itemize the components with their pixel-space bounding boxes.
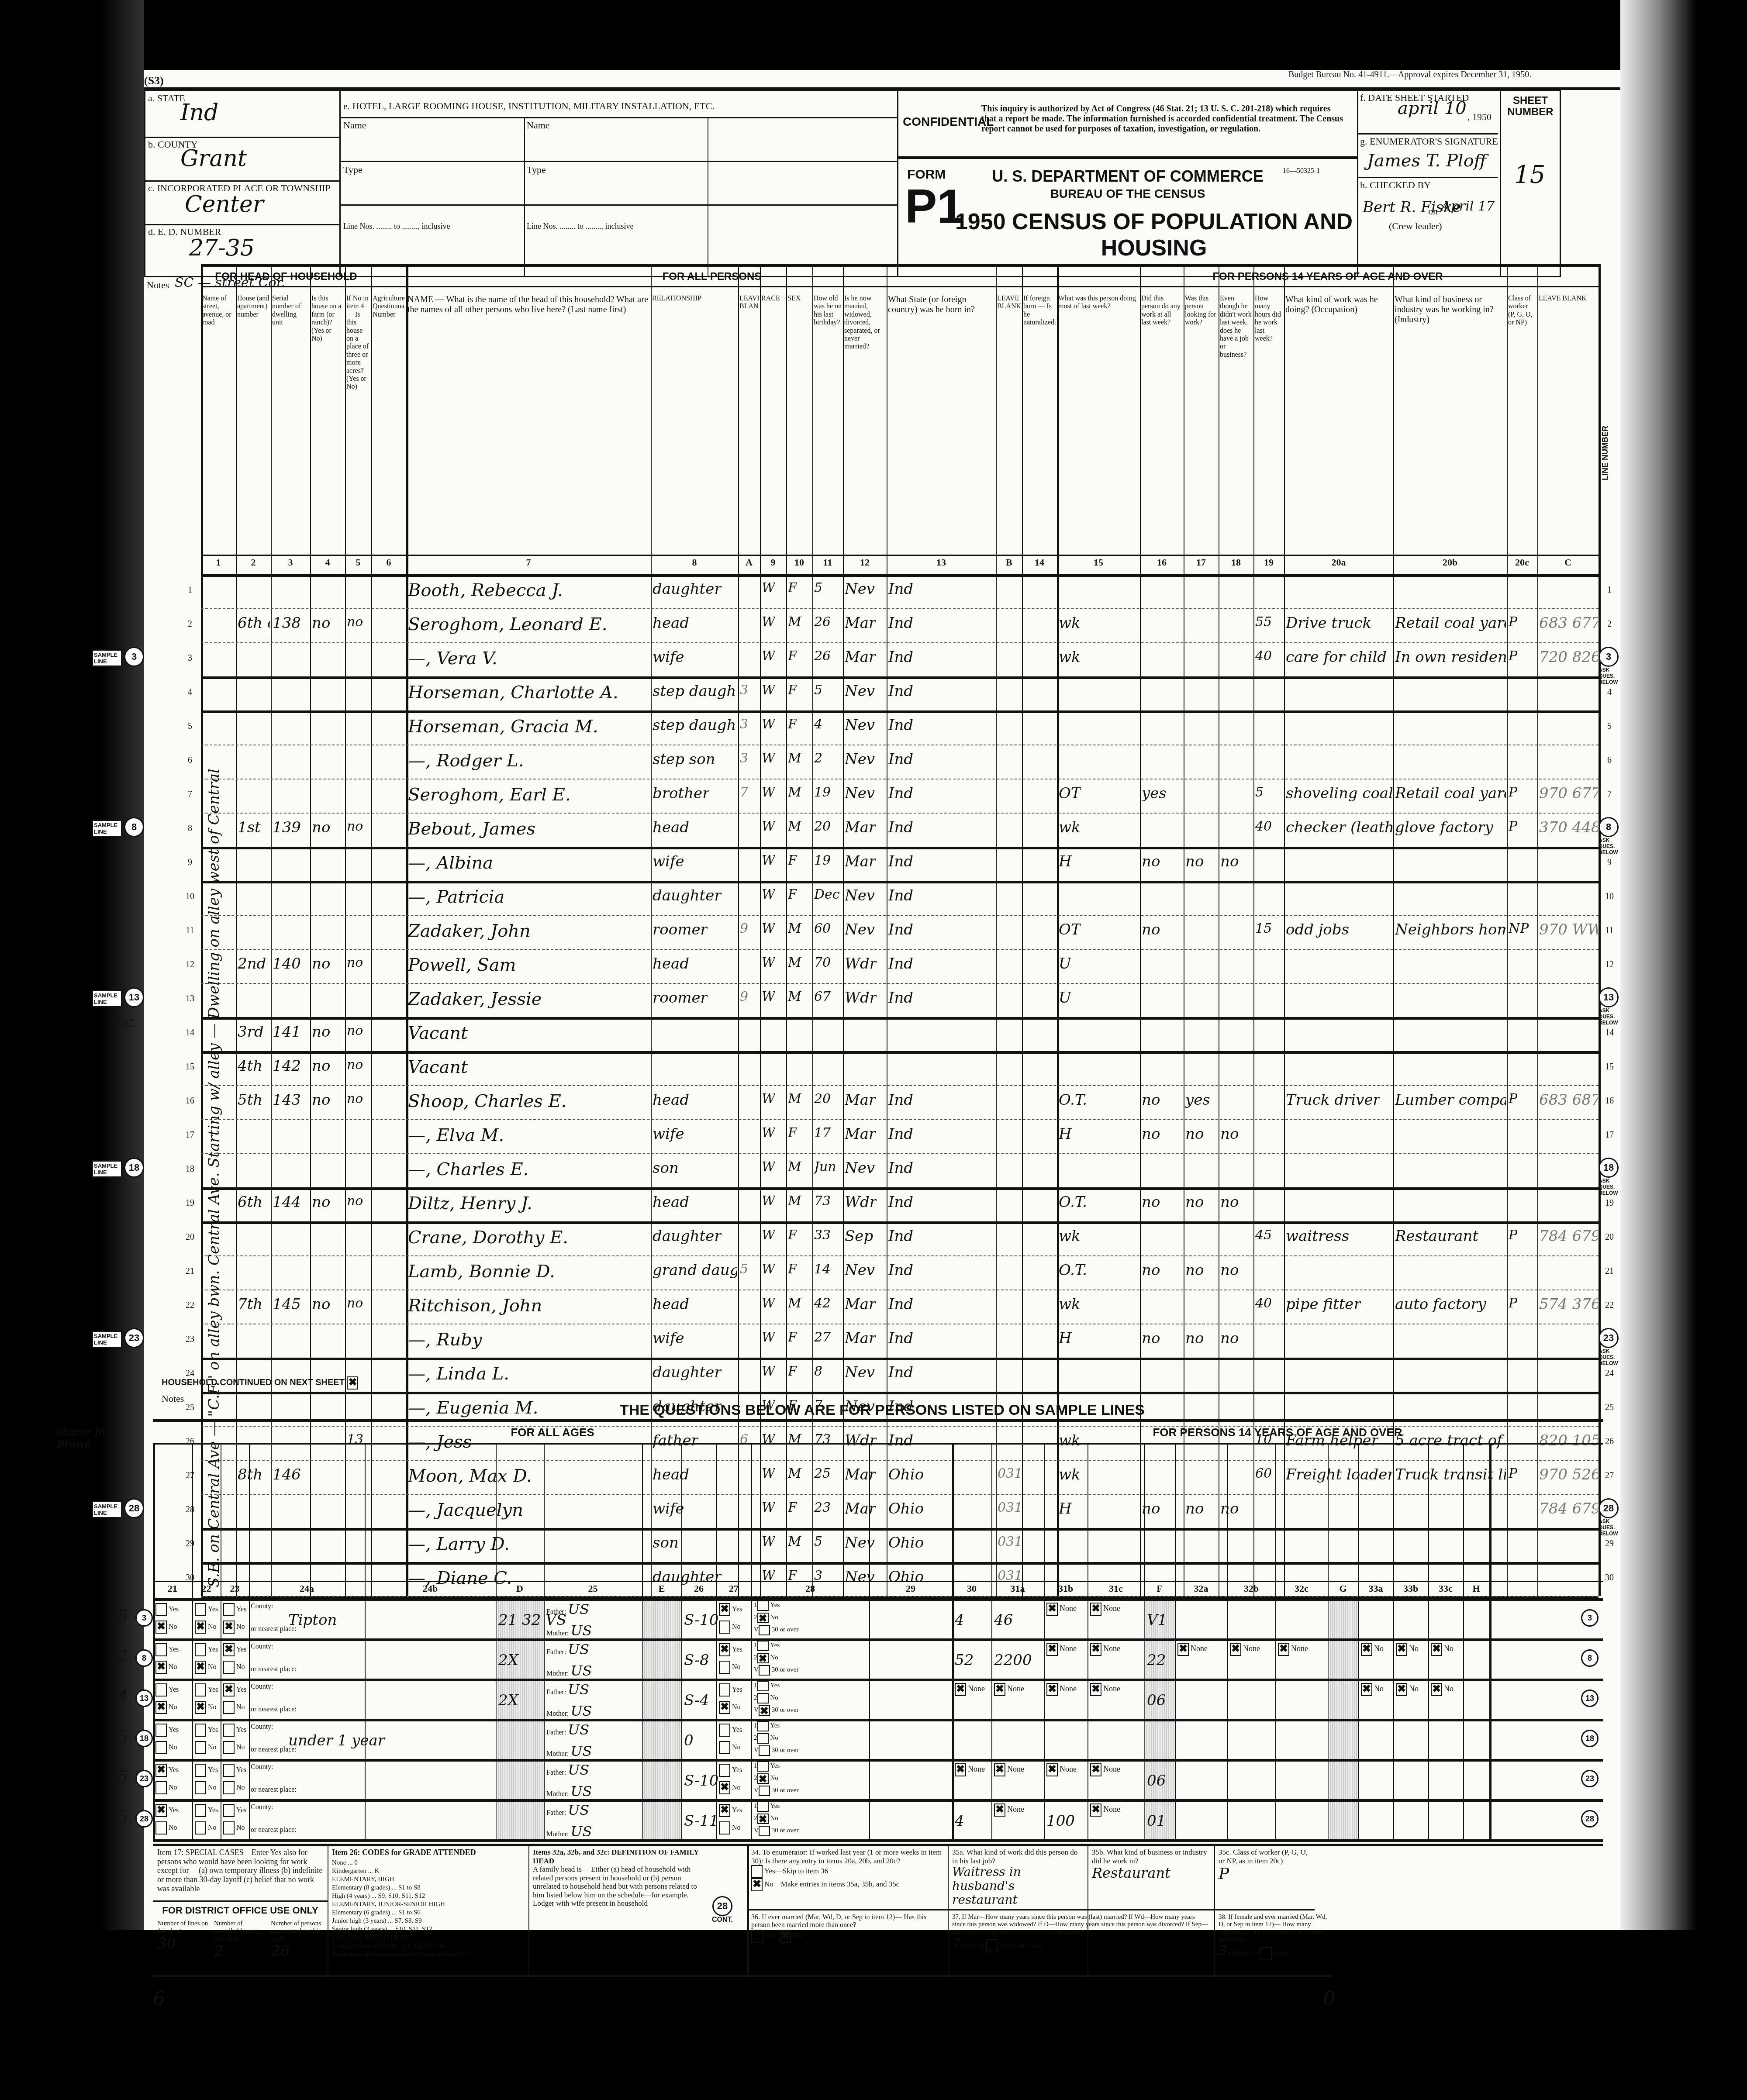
cell-serial: 142 xyxy=(273,1057,301,1075)
line-number-header: LINE NUMBER xyxy=(1601,426,1610,480)
column-number-5: 5 xyxy=(345,557,371,568)
line-number: 5 xyxy=(181,721,199,731)
cell-acres: no xyxy=(347,1023,363,1038)
crew-leader-label: (Crew leader) xyxy=(1389,221,1442,231)
sample-cell-grade: S-11 xyxy=(684,1812,718,1830)
cell-rel: daughter xyxy=(653,1228,722,1245)
table-row xyxy=(144,745,1620,779)
table-row xyxy=(144,1358,1620,1392)
checkbox-q23[interactable]: ✖YesNo xyxy=(223,1681,246,1716)
column-number-4: 4 xyxy=(310,557,345,568)
line-number: 15 xyxy=(181,1062,199,1072)
column-number-10: 10 xyxy=(786,557,812,568)
cell-race: W xyxy=(762,853,775,868)
checkbox-q21[interactable]: ✖YesNo xyxy=(155,1762,179,1797)
cell-name: —, Linda L. xyxy=(408,1364,509,1384)
confidential-text: This inquiry is authorized by Act of Con… xyxy=(981,104,1344,134)
line-number: 4 xyxy=(181,687,199,697)
cell-name: —, Patricia xyxy=(408,887,504,907)
cell-name: —, Albina xyxy=(408,853,493,873)
cell-age: 17 xyxy=(814,1125,831,1141)
cell-marital: Mar xyxy=(845,648,876,666)
line-number: 1 xyxy=(181,585,199,595)
cell-occupation: odd jobs xyxy=(1286,921,1349,938)
checkbox-attended-school[interactable]: 1Yes2NoV✖30 or over xyxy=(754,1679,799,1716)
checkbox-q22[interactable]: Yes✖No xyxy=(195,1601,218,1636)
line-number: 3 xyxy=(181,653,199,663)
cell-age: 20 xyxy=(814,1091,831,1107)
line-number: 2 xyxy=(181,619,199,629)
sample-cell-county: Tipton xyxy=(288,1611,337,1629)
cell-activity: H xyxy=(1059,853,1072,870)
checked-label: h. CHECKED BY xyxy=(1360,179,1431,190)
column-number-19: 19 xyxy=(1253,557,1284,568)
sample-cell-rel_other: ✖None xyxy=(1278,1643,1308,1656)
cell-name: Crane, Dorothy E. xyxy=(408,1228,568,1248)
line-number-right: 9 xyxy=(1601,858,1618,868)
cell-code: 720 826 1 xyxy=(1539,648,1598,666)
cell-rel: head xyxy=(653,1091,689,1109)
date-value: april 10 xyxy=(1398,98,1467,118)
cell-marital: Nev xyxy=(845,921,875,938)
cell-occupation: pipe fitter xyxy=(1286,1296,1361,1313)
sample-column-number-H: H xyxy=(1463,1583,1489,1594)
sheet-label: SHEET NUMBER xyxy=(1501,95,1560,118)
checkbox-q21[interactable]: YesNo xyxy=(155,1721,179,1756)
line-number-right: 14 xyxy=(1601,1028,1618,1038)
sample-cell-own_business: ✖None xyxy=(1046,1603,1077,1616)
cell-farm: no xyxy=(312,1091,330,1109)
line-number-right: 20 xyxy=(1601,1232,1618,1242)
line-number-right: 17 xyxy=(1601,1130,1618,1140)
cell-race: W xyxy=(762,1193,775,1209)
checkbox-q21[interactable]: ✖YesNo xyxy=(155,1802,179,1837)
cell-sex: F xyxy=(788,717,797,732)
sample-cell-wages: ✖None xyxy=(994,1803,1024,1817)
cell-house: 2nd xyxy=(238,955,266,972)
sample-cell-own_business: ✖None xyxy=(1046,1763,1077,1776)
cell-age: 42 xyxy=(814,1296,831,1311)
sample-cell-weeks_worked: ✖None xyxy=(955,1683,985,1696)
line-number-right: 12 xyxy=(1601,960,1618,970)
cell-activity: H xyxy=(1059,1330,1072,1347)
cell-age: 19 xyxy=(814,785,831,800)
cell-sex: F xyxy=(788,683,797,698)
checkbox-attended-school[interactable]: 1Yes2✖NoV30 or over xyxy=(754,1800,799,1837)
cell-birthplace: Ind xyxy=(888,1228,913,1245)
sample-section-title: THE QUESTIONS BELOW ARE FOR PERSONS LIST… xyxy=(144,1402,1620,1419)
column-header-8: RELATIONSHIP xyxy=(652,295,737,544)
checkbox-q23[interactable]: YesNo xyxy=(223,1762,246,1797)
cell-rel: wife xyxy=(653,853,684,870)
sample-cell-rel_wages: ✖None xyxy=(1177,1643,1208,1656)
cell-birthplace: Ind xyxy=(888,819,913,836)
sample-cell-weeks_worked: 4 xyxy=(955,1611,964,1629)
sheet-value: 15 xyxy=(1514,161,1545,189)
column-header-7: NAME — What is the name of the head of t… xyxy=(407,295,649,544)
cell-house: 6th on left xyxy=(238,614,270,632)
sample-line-number-right: 23 xyxy=(1581,1770,1599,1787)
cell-class: P xyxy=(1509,819,1517,834)
cell-name: —, Ruby xyxy=(408,1330,482,1350)
sample-cell-other_service: ✖No xyxy=(1431,1683,1454,1696)
cell-birthplace: Ind xyxy=(888,955,913,972)
cell-birthplace: Ind xyxy=(888,1364,913,1381)
cell-birthplace: Ind xyxy=(888,1296,913,1313)
sample-column-number-G: G xyxy=(1328,1583,1358,1594)
sample-row xyxy=(144,1799,1620,1839)
checkbox-q23[interactable]: ✖YesNo xyxy=(223,1641,246,1676)
cell-serial: 141 xyxy=(273,1023,301,1041)
household-continued-checkbox[interactable]: ✖ xyxy=(347,1376,358,1390)
cell-age: 26 xyxy=(814,648,831,664)
column-header-B: LEAVE BLANK xyxy=(997,295,1021,544)
cell-birthplace: Ind xyxy=(888,683,913,700)
checkbox-attended-school[interactable]: 1Yes2✖NoV30 or over xyxy=(754,1599,799,1636)
sample-column-number-32a: 32a xyxy=(1175,1583,1227,1594)
cell-age: 60 xyxy=(814,921,831,936)
cell-marital: Nev xyxy=(845,785,875,802)
item17-special-cases: Item 17: SPECIAL CASES—Enter Yes also fo… xyxy=(157,1848,323,1893)
cell-race: W xyxy=(762,751,775,766)
line-number: 14 xyxy=(181,1028,199,1038)
cell-a: 3 xyxy=(740,717,748,732)
cell-looking: no xyxy=(1185,853,1204,870)
line-number-right: 19 xyxy=(1601,1198,1618,1208)
checkbox-q22[interactable]: YesNo xyxy=(195,1802,218,1837)
section-all-persons: FOR ALL PERSONS xyxy=(406,271,1018,283)
checkbox-finished-grade[interactable]: YesNo xyxy=(719,1721,742,1756)
column-number-1: 1 xyxy=(201,557,236,568)
cell-name: Horseman, Gracia M. xyxy=(408,717,598,737)
column-header-4: Is this house on a farm (or ranch)? (Yes… xyxy=(311,295,344,544)
checkbox-attended-school[interactable]: 1Yes2✖NoV30 or over xyxy=(754,1639,799,1676)
table-row xyxy=(144,1153,1620,1187)
column-number-15: 15 xyxy=(1057,557,1140,568)
cell-work: no xyxy=(1142,1091,1160,1109)
checkbox-attended-school[interactable]: 1Yes2NoV30 or over xyxy=(754,1720,799,1756)
cell-hours: 55 xyxy=(1255,614,1272,630)
line-number: 8 xyxy=(181,824,199,834)
cell-occupation: shoveling coal xyxy=(1286,785,1392,802)
cell-sex: F xyxy=(788,887,797,902)
cell-marital: Nev xyxy=(845,751,875,768)
cell-looking: no xyxy=(1185,1125,1204,1143)
sample-line-number: 23 xyxy=(135,1770,153,1787)
cell-a: 9 xyxy=(740,989,748,1004)
sample-cell-f: V1 xyxy=(1147,1611,1167,1629)
cell-age: 27 xyxy=(814,1330,831,1345)
cell-serial: 145 xyxy=(273,1296,301,1313)
cell-industry: auto factory xyxy=(1395,1296,1486,1313)
column-header-20b: What kind of business or industry was he… xyxy=(1395,295,1505,544)
cell-age: 5 xyxy=(814,683,822,698)
cell-birthplace: Ind xyxy=(888,1330,913,1347)
cell-age: 26 xyxy=(814,614,831,630)
cell-rel: daughter xyxy=(653,580,722,598)
household-continued-text: HOUSEHOLD CONTINUED ON NEXT SHEET xyxy=(162,1378,345,1387)
cell-sex: F xyxy=(788,1228,797,1243)
checkbox-q22[interactable]: YesNo xyxy=(195,1721,218,1756)
cell-work: no xyxy=(1142,1262,1160,1279)
cell-marital: Nev xyxy=(845,580,875,598)
cell-race: W xyxy=(762,717,775,732)
column-number-9: 9 xyxy=(760,557,786,568)
sample-column-number-33b: 33b xyxy=(1393,1583,1428,1594)
item26-title: Item 26: CODES for GRADE ATTENDED xyxy=(332,1848,476,1857)
cell-sex: M xyxy=(788,785,801,800)
column-header-18: Even though he didn't work last week, do… xyxy=(1220,295,1252,544)
sample-cell-other_income: ✖None xyxy=(1090,1683,1120,1696)
family-head-definition: Items 32a, 32b, and 32c: DEFINITION OF F… xyxy=(533,1848,708,1908)
column-header-A: LEAVE BLANK xyxy=(739,295,759,544)
cell-sex: M xyxy=(788,1159,801,1175)
checkbox-q22[interactable]: Yes✖No xyxy=(195,1681,218,1716)
sample-line-marker: SAMPLE LINE 28 xyxy=(92,1498,144,1518)
cell-industry: glove factory xyxy=(1395,819,1493,836)
cell-name: Vacant xyxy=(408,1023,468,1043)
cell-race: W xyxy=(762,989,775,1004)
sample-line-number-right: 3 xyxy=(1581,1609,1599,1627)
column-number-14: 14 xyxy=(1022,557,1057,568)
sample-column-number-32c: 32c xyxy=(1275,1583,1328,1594)
cell-code: 970 677 1 xyxy=(1539,785,1598,802)
cell-occupation: waitress xyxy=(1286,1228,1349,1245)
cell-birthplace: Ind xyxy=(888,921,913,938)
sample-column-number-24a: 24a xyxy=(249,1583,365,1594)
checkbox-q21[interactable]: Yes✖No xyxy=(155,1641,179,1676)
budget-note: Budget Bureau No. 41-4911.—Approval expi… xyxy=(1288,70,1531,80)
cell-name: Booth, Rebecca J. xyxy=(408,580,563,600)
sample-column-number-30: 30 xyxy=(952,1583,991,1594)
cell-marital: Mar xyxy=(845,1091,876,1109)
cell-rel: brother xyxy=(653,785,709,802)
cell-farm: no xyxy=(312,1296,330,1313)
district-office-label: FOR DISTRICT OFFICE USE ONLY xyxy=(157,1905,323,1916)
sample-column-number-29: 29 xyxy=(869,1583,952,1594)
sample-cell-f: 06 xyxy=(1147,1692,1166,1709)
line-number-right: 15 xyxy=(1601,1062,1618,1072)
cell-serial: 138 xyxy=(273,614,301,632)
sample-column-number-D: D xyxy=(496,1583,544,1594)
cell-rel: son xyxy=(653,1159,679,1177)
cell-birthplace: Ind xyxy=(888,785,913,802)
cell-marital: Nev xyxy=(845,1262,875,1279)
cell-class: P xyxy=(1509,1228,1517,1243)
cell-house: 3rd xyxy=(238,1023,264,1041)
cell-sex: M xyxy=(788,1296,801,1311)
sample-cell-own_business: ✖None xyxy=(1046,1683,1077,1696)
item26-codes: None ... 0Kindergarten ... KELEMENTARY, … xyxy=(332,1859,476,1959)
cell-class: P xyxy=(1509,648,1517,664)
column-number-11: 11 xyxy=(812,557,843,568)
cell-work: no xyxy=(1142,1330,1160,1347)
cell-sex: F xyxy=(788,1330,797,1345)
sample-cell-rel_business: ✖None xyxy=(1230,1643,1260,1656)
sample-cell-county: under 1 year xyxy=(288,1732,385,1749)
sample-column-number-28: 28 xyxy=(751,1583,869,1594)
cell-age: 2 xyxy=(814,751,822,766)
cell-sex: F xyxy=(788,1125,797,1141)
checkbox-attended-school[interactable]: 1Yes2✖NoV30 or over xyxy=(754,1760,799,1797)
sample-row xyxy=(144,1759,1620,1799)
column-number-7: 7 xyxy=(406,557,651,568)
checkbox-q22[interactable]: Yes✖No xyxy=(195,1641,218,1676)
cell-serial: 139 xyxy=(273,819,301,836)
checkbox-q22[interactable]: YesNo xyxy=(195,1762,218,1797)
question-35a: 35a. What kind of work did this person d… xyxy=(952,1848,1083,1907)
cell-code: 970 WW 1 xyxy=(1539,921,1598,938)
cell-rel: step daughter xyxy=(653,717,737,734)
sample-line-marker: SAMPLE LINE 23 xyxy=(92,1328,144,1348)
sample-column-number-22: 22 xyxy=(192,1583,221,1594)
question-36: 36. If ever married (Mar, Wd, D, or Sep … xyxy=(751,1914,943,1943)
checkbox-finished-grade[interactable]: Yes✖No xyxy=(719,1681,742,1716)
checkbox-finished-grade[interactable]: ✖YesNo xyxy=(719,1802,742,1837)
parents-birthplace: Father: USMother: US xyxy=(546,1761,592,1803)
checkbox-q23[interactable]: YesNo xyxy=(223,1721,246,1756)
cell-marital: Wdr xyxy=(845,955,877,972)
cell-name: Seroghom, Leonard E. xyxy=(408,614,607,634)
table-row xyxy=(144,676,1620,710)
column-header-20a: What kind of work was he doing? (Occupat… xyxy=(1285,295,1392,544)
institution-type-label-2: Type xyxy=(527,164,546,175)
sample-line-number: 13 xyxy=(135,1690,153,1707)
cell-house: 6th xyxy=(238,1193,262,1211)
table-row xyxy=(144,847,1620,881)
institution-box: e. HOTEL, LARGE ROOMING HOUSE, INSTITUTI… xyxy=(339,90,898,277)
cell-race: W xyxy=(762,1159,775,1175)
cell-rel: head xyxy=(653,614,689,632)
cell-marital: Nev xyxy=(845,1364,875,1381)
cell-acres: no xyxy=(347,1296,363,1311)
line-number: 7 xyxy=(181,790,199,800)
cell-farm: no xyxy=(312,819,330,836)
cell-rel: step son xyxy=(653,751,715,768)
cell-age: Dec xyxy=(814,887,840,902)
state-label: a. STATE xyxy=(148,93,185,103)
cell-race: W xyxy=(762,1228,775,1243)
cell-job: no xyxy=(1220,1125,1239,1143)
confidential-label: CONFIDENTIAL xyxy=(903,115,994,129)
cell-occupation: checker (leather) xyxy=(1286,819,1392,836)
department: U. S. DEPARTMENT OF COMMERCE xyxy=(898,167,1357,186)
sample-row xyxy=(144,1598,1620,1638)
cell-birthplace: Ind xyxy=(888,751,913,768)
cell-name: Horseman, Charlotte A. xyxy=(408,683,618,703)
cell-marital: Mar xyxy=(845,1296,876,1313)
checkbox-q21[interactable]: Yes✖No xyxy=(155,1601,179,1636)
checkbox-finished-grade[interactable]: ✖YesNo xyxy=(719,1641,742,1676)
cell-rel: head xyxy=(653,955,689,972)
cell-name: Zadaker, Jessie xyxy=(408,989,542,1009)
enumerator-label: g. ENUMERATOR'S SIGNATURE xyxy=(1360,136,1498,147)
cell-rel: roomer xyxy=(653,921,708,938)
sample-cell-other_income: ✖None xyxy=(1090,1603,1120,1616)
column-number-20b: 20b xyxy=(1393,557,1507,568)
cell-acres: no xyxy=(347,1057,363,1072)
cell-industry: Restaurant xyxy=(1395,1228,1478,1245)
column-header-13: What State (or foreign country) was he b… xyxy=(888,295,994,544)
sample-line-marker: SAMPLE LINE 3 xyxy=(92,647,144,667)
cell-name: Lamb, Bonnie D. xyxy=(408,1262,555,1282)
sample-tally-mark: 5 xyxy=(118,1808,128,1826)
cell-age: 5 xyxy=(814,580,822,596)
checkbox-q23[interactable]: Yes✖No xyxy=(223,1601,246,1636)
cell-sex: F xyxy=(788,1364,797,1379)
cell-code: 683 677 1 xyxy=(1539,614,1598,632)
census-sheet: (S3) Budget Bureau No. 41-4911.—Approval… xyxy=(144,70,1620,1930)
cell-sex: M xyxy=(788,819,801,834)
cell-class: P xyxy=(1509,1091,1517,1107)
cell-birthplace: Ind xyxy=(888,614,913,632)
cell-sex: M xyxy=(788,955,801,970)
cell-sex: F xyxy=(788,1262,797,1277)
checkbox-q21[interactable]: Yes✖No xyxy=(155,1681,179,1716)
line-number-right: 22 xyxy=(1601,1300,1618,1310)
checkbox-finished-grade[interactable]: Yes✖No xyxy=(719,1762,742,1797)
cell-work: yes xyxy=(1142,785,1167,802)
county-labels: County:or nearest place: xyxy=(251,1762,297,1796)
cell-industry: In own residence xyxy=(1395,648,1506,666)
table-row xyxy=(144,1187,1620,1221)
bottom-right-mark: 0 xyxy=(1323,1988,1336,2010)
column-header-10: SEX xyxy=(787,295,811,544)
column-header-16: Did this person do any work at all last … xyxy=(1141,295,1182,544)
cell-activity: U xyxy=(1059,955,1071,972)
sample-column-number-23: 23 xyxy=(221,1583,249,1594)
cell-rel: daughter xyxy=(653,887,722,904)
district-count-0: Number of lines on this sheet30 xyxy=(157,1920,210,1952)
cell-industry: Neighbors homes xyxy=(1395,921,1506,938)
line-number: 13 xyxy=(181,994,199,1004)
cell-serial: 144 xyxy=(273,1193,301,1211)
cell-rel: grand daughter xyxy=(653,1262,737,1279)
cell-code: 784 679 1 xyxy=(1539,1228,1598,1245)
sample-column-number-25: 25 xyxy=(544,1583,642,1594)
cell-rel: head xyxy=(653,819,689,836)
column-number-16: 16 xyxy=(1140,557,1184,568)
cell-race: W xyxy=(762,1364,775,1379)
sample-column-number-24b: 24b xyxy=(365,1583,496,1594)
cell-name: Diltz, Henry J. xyxy=(408,1193,532,1214)
column-header-1: Name of street, avenue, or road xyxy=(202,295,235,544)
line-number-right: 6 xyxy=(1601,755,1618,766)
sample-cell-f: 22 xyxy=(1147,1652,1166,1669)
question-37: 37. If Mar—How many years since this per… xyxy=(952,1914,1210,1952)
cell-a: 3 xyxy=(740,683,748,698)
checkbox-q23[interactable]: YesNo xyxy=(223,1802,246,1837)
cell-sex: M xyxy=(788,614,801,630)
table-row xyxy=(144,1119,1620,1153)
cell-race: W xyxy=(762,1125,775,1141)
checked-date: April 17 xyxy=(1441,199,1495,214)
margin-note-sc: S.C. xyxy=(114,1017,136,1030)
sample-line-marker: SAMPLE LINE 13 xyxy=(92,987,144,1007)
cell-a: 9 xyxy=(740,921,748,936)
column-header-3: Serial number of dwelling unit xyxy=(272,295,309,544)
cell-looking: no xyxy=(1185,1330,1204,1347)
sample-cell-grade: S-10 xyxy=(684,1611,718,1629)
cell-marital: Mar xyxy=(845,614,876,632)
sample-cell-grade: S-4 xyxy=(684,1692,709,1709)
cell-birthplace: Ind xyxy=(888,580,913,598)
checkbox-finished-grade[interactable]: ✖YesNo xyxy=(719,1601,742,1636)
line-number: 22 xyxy=(181,1300,199,1310)
sample-line-number-right: 13 xyxy=(1581,1690,1599,1707)
column-number-17: 17 xyxy=(1184,557,1219,568)
cell-name: Shoop, Charles E. xyxy=(408,1091,566,1111)
